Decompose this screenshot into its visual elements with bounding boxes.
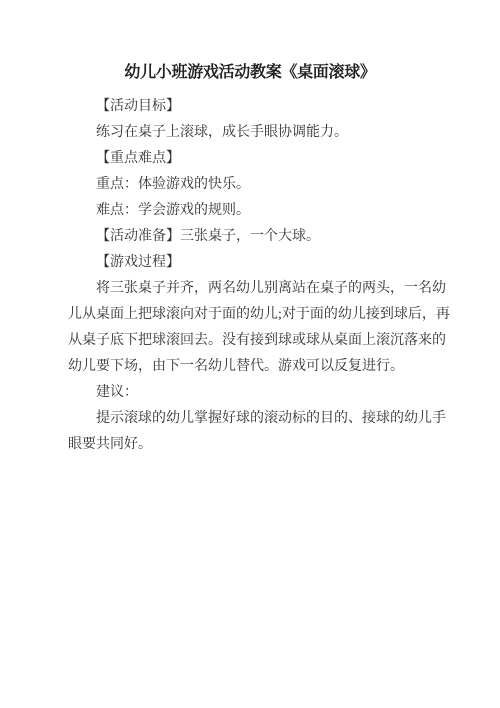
text-difficult-point: 难点：学会游戏的规则。 bbox=[68, 198, 456, 224]
section-header-preparation: 【活动准备】三张桌子，一个大球。 bbox=[68, 224, 456, 250]
text-game-process-line-3: 从桌子底下把球滚回去。没有接到球或球从桌面上滚沉落来的 bbox=[68, 328, 456, 354]
text-activity-goal: 练习在桌子上滚球，成长手眼协调能力。 bbox=[68, 120, 456, 146]
text-game-process-line-2: 儿从桌面上把球滚向对于面的幼儿;对于面的幼儿接到球后，再 bbox=[68, 302, 456, 328]
document-body: 【活动目标】 练习在桌子上滚球，成长手眼协调能力。 【重点难点】 重点：体验游戏… bbox=[0, 94, 500, 458]
text-suggestion-line-2: 眼要共同好。 bbox=[68, 432, 456, 458]
section-header-game-process: 【游戏过程】 bbox=[68, 250, 456, 276]
text-game-process-line-1: 将三张桌子并齐，两名幼儿别离站在桌子的两头，一名幼 bbox=[68, 276, 456, 302]
text-suggestion-label: 建议： bbox=[68, 380, 456, 406]
section-header-activity-goals: 【活动目标】 bbox=[68, 94, 456, 120]
text-key-point: 重点：体验游戏的快乐。 bbox=[68, 172, 456, 198]
text-game-process-line-4: 幼儿要下场，由下一名幼儿替代。游戏可以反复进行。 bbox=[68, 354, 456, 380]
text-suggestion-line-1: 提示滚球的幼儿掌握好球的滚动标的目的、接球的幼儿手 bbox=[68, 406, 456, 432]
document-title: 幼儿小班游戏活动教案《桌面滚球》 bbox=[0, 62, 500, 84]
section-header-key-difficulties: 【重点难点】 bbox=[68, 146, 456, 172]
document-page: 幼儿小班游戏活动教案《桌面滚球》 【活动目标】 练习在桌子上滚球，成长手眼协调能… bbox=[0, 0, 500, 708]
